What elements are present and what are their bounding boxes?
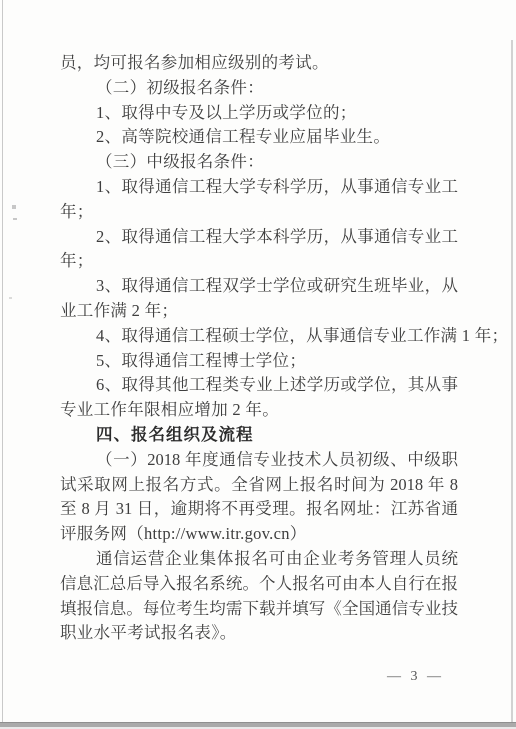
doc-line-23: 职业水平考试报名表》。: [60, 621, 458, 646]
doc-line-4: （三）中级报名条件：: [60, 150, 458, 175]
doc-line-21: 信息汇总后导入报名系统。个人报名可由本人自行在报名网站: [60, 572, 458, 597]
doc-line-9: 3、取得通信工程双学士学位或研究生班毕业，从事通信专: [60, 274, 458, 299]
doc-line-12: 5、取得通信工程博士学位；: [60, 349, 458, 374]
doc-line-1: （二）初级报名条件：: [60, 76, 458, 101]
doc-line-6: 年；: [60, 200, 458, 225]
scan-speck: [9, 297, 12, 299]
doc-line-11: 4、取得通信工程硕士学位，从事通信专业工作满 1 年；: [60, 324, 458, 349]
scanned-document-page: 员，均可报名参加相应级别的考试。 （二）初级报名条件： 1、取得中专及以上学历或…: [0, 0, 516, 729]
doc-line-20: 通信运营企业集体报名可由企业考务管理人员统一将考生: [60, 547, 458, 572]
page-left-edge: [2, 0, 3, 722]
doc-line-19: 评服务网（http://www.itr.gov.cn）: [60, 522, 458, 547]
doc-line-16: （一）2018 年度通信专业技术人员初级、中级职业水平考: [60, 448, 458, 473]
scan-speck: [12, 205, 16, 209]
doc-line-18: 至 8 月 31 日，逾期将不再受理。报名网址：江苏省通信人才考: [60, 497, 458, 522]
doc-line-17: 试采取网上报名方式。全省网上报名时间为 2018 年 8 月 10 日: [60, 473, 458, 498]
scan-speck: [13, 218, 17, 220]
doc-line-10: 业工作满 2 年；: [60, 299, 458, 324]
doc-line-13: 6、取得其他工程类专业上述学历或学位，其从事通信工程: [60, 373, 458, 398]
doc-line-22: 填报信息。每位考生均需下载并填写《全国通信专业技术人员: [60, 597, 458, 622]
page-number: — 3 —: [387, 667, 444, 687]
doc-line-14: 专业工作年限相应增加 2 年。: [60, 398, 458, 423]
section-heading: 四、报名组织及流程: [60, 423, 458, 448]
doc-line-2: 1、取得中专及以上学历或学位的；: [60, 101, 458, 126]
page-right-edge: [511, 40, 513, 722]
doc-line-5: 1、取得通信工程大学专科学历，从事通信专业工作满 5: [60, 175, 458, 200]
doc-line-7: 2、取得通信工程大学本科学历，从事通信专业工作满 4: [60, 225, 458, 250]
doc-line-8: 年；: [60, 249, 458, 274]
document-body: 员，均可报名参加相应级别的考试。 （二）初级报名条件： 1、取得中专及以上学历或…: [60, 51, 458, 646]
doc-line-0: 员，均可报名参加相应级别的考试。: [60, 51, 458, 76]
doc-line-3: 2、高等院校通信工程专业应届毕业生。: [60, 125, 458, 150]
